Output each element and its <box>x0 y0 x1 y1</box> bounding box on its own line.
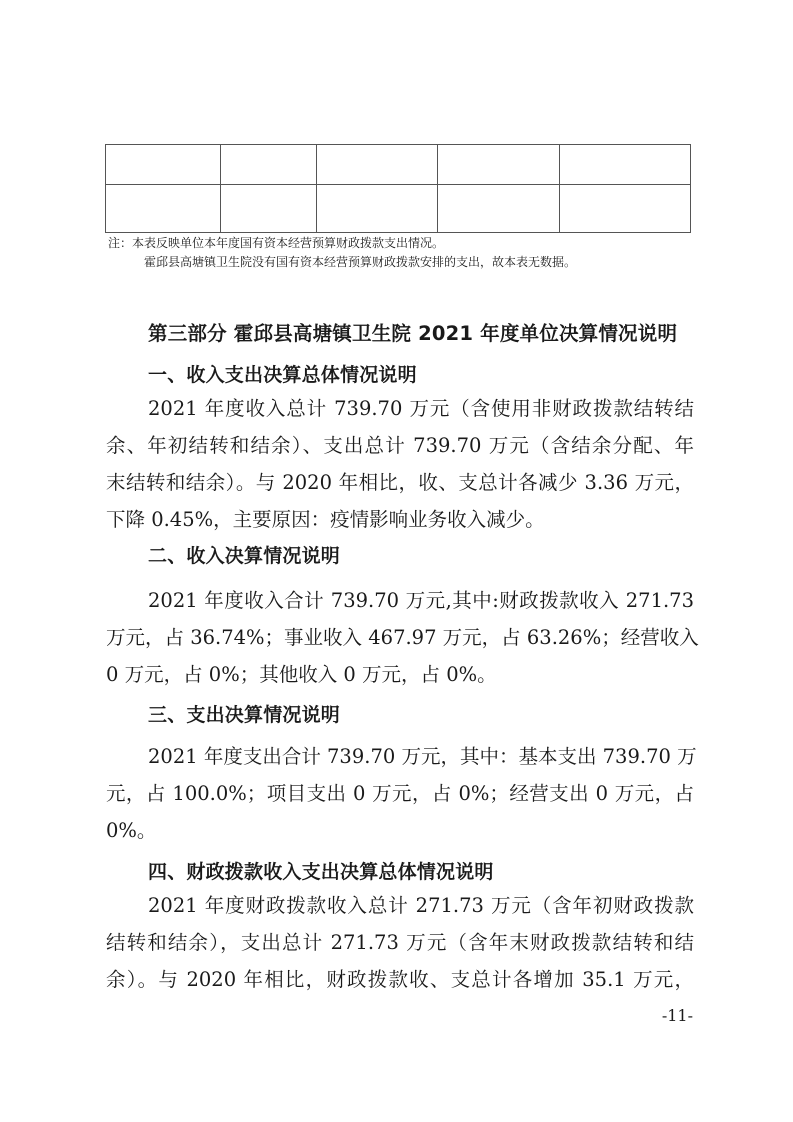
paragraph-line: 下降 0.45%，主要原因：疫情影响业务收入减少。 <box>106 501 694 538</box>
table-cell <box>316 145 437 185</box>
table-note-line-2: 霍邱县高塘镇卫生院没有国有资本经营预算财政拨款安排的支出，故本表无数据。 <box>144 254 576 270</box>
paragraph-line: 余、年初结转和结余）、支出总计 739.70 万元（含结余分配、年 <box>106 427 694 464</box>
section-heading-3: 三、支出决算情况说明 <box>148 700 340 727</box>
section-paragraph-2: 2021 年度收入合计 739.70 万元,其中:财政拨款收入 271.73 万… <box>106 582 694 693</box>
paragraph-line: 末结转和结余）。与 2020 年相比，收、支总计各减少 3.36 万元， <box>106 464 694 501</box>
table-cell <box>220 145 316 185</box>
part-title: 第三部分 霍邱县高塘镇卫生院 2021 年度单位决算情况说明 <box>148 318 677 346</box>
paragraph-line: 2021 年度收入合计 739.70 万元,其中:财政拨款收入 271.73 <box>106 582 694 619</box>
table-cell <box>106 185 221 233</box>
paragraph-line: 2021 年度收入总计 739.70 万元（含使用非财政拨款结转结 <box>106 390 694 427</box>
table-cell <box>560 185 691 233</box>
table-row <box>106 145 691 185</box>
paragraph-line: 2021 年度支出合计 739.70 万元，其中：基本支出 739.70 万 <box>106 738 694 775</box>
paragraph-line: 结转和结余），支出总计 271.73 万元（含年末财政拨款结转和结 <box>106 924 694 961</box>
table-cell <box>560 145 691 185</box>
table-cell <box>437 145 560 185</box>
section-heading-1: 一、收入支出决算总体情况说明 <box>148 360 417 387</box>
section-heading-4: 四、财政拨款收入支出决算总体情况说明 <box>148 857 494 884</box>
table-note-line-1: 注：本表反映单位本年度国有资本经营预算财政拨款支出情况。 <box>108 235 444 251</box>
paragraph-line: 元，占 100.0%；项目支出 0 万元，占 0%；经营支出 0 万元，占 <box>106 775 694 812</box>
page-number: -11- <box>662 1006 693 1025</box>
table-cell <box>316 185 437 233</box>
empty-budget-table <box>105 144 691 233</box>
paragraph-line: 余）。与 2020 年相比，财政拨款收、支总计各增加 35.1 万元， <box>106 961 694 998</box>
table-cell <box>437 185 560 233</box>
table-cell <box>106 145 221 185</box>
section-paragraph-3: 2021 年度支出合计 739.70 万元，其中：基本支出 739.70 万 元… <box>106 738 694 849</box>
table-row <box>106 185 691 233</box>
section-paragraph-1: 2021 年度收入总计 739.70 万元（含使用非财政拨款结转结 余、年初结转… <box>106 390 694 538</box>
section-paragraph-4: 2021 年度财政拨款收入总计 271.73 万元（含年初财政拨款 结转和结余）… <box>106 887 694 998</box>
paragraph-line: 0 万元，占 0%；其他收入 0 万元，占 0%。 <box>106 656 694 693</box>
paragraph-line: 万元，占 36.74%；事业收入 467.97 万元，占 63.26%；经营收入 <box>106 619 694 656</box>
section-heading-2: 二、收入决算情况说明 <box>148 541 340 568</box>
paragraph-line: 0%。 <box>106 812 694 849</box>
paragraph-line: 2021 年度财政拨款收入总计 271.73 万元（含年初财政拨款 <box>106 887 694 924</box>
table-cell <box>220 185 316 233</box>
